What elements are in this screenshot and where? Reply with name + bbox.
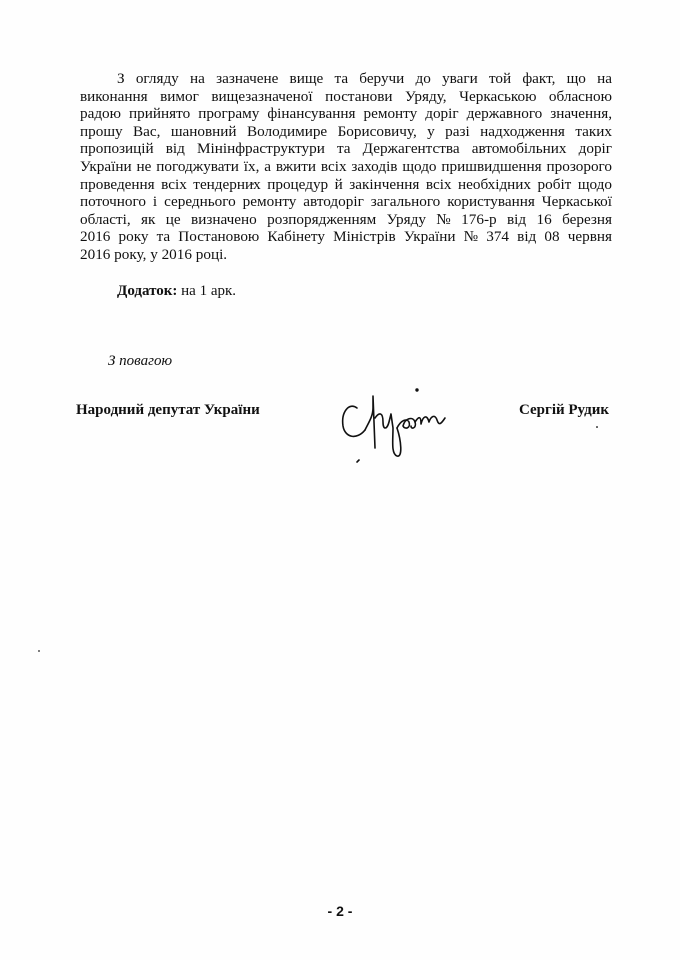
scan-speck bbox=[252, 183, 254, 185]
attachment-note: Додаток: на 1 арк. bbox=[117, 283, 236, 300]
body-line: 2016 року та Постановою Кабінету Міністр… bbox=[80, 228, 612, 246]
signatory-name: Сергій Рудик bbox=[519, 402, 609, 419]
attachment-value: на 1 арк. bbox=[181, 283, 236, 299]
scan-speck bbox=[38, 650, 40, 652]
body-line: пропозицій від Мінінфраструктури та Держ… bbox=[80, 140, 612, 158]
body-line: виконання вимог вищезазначеної постанови… bbox=[80, 88, 612, 106]
attachment-label: Додаток: bbox=[117, 283, 177, 299]
document-page: З огляду на зазначене вище та беручи до … bbox=[0, 0, 680, 960]
body-line: України не погоджувати їх, а вжити всіх … bbox=[80, 158, 612, 176]
letter-body: З огляду на зазначене вище та беручи до … bbox=[80, 70, 612, 264]
body-line: прошу Вас, шановний Володимире Борисович… bbox=[80, 123, 612, 141]
closing-phrase: З повагою bbox=[108, 353, 172, 370]
signatory-position: Народний депутат України bbox=[76, 402, 260, 419]
body-line: проведення всіх тендерних процедур й зак… bbox=[80, 176, 612, 194]
body-line: поточного і середнього ремонту автодоріг… bbox=[80, 193, 612, 211]
scan-speck bbox=[596, 426, 598, 428]
signature-image bbox=[335, 378, 475, 468]
body-line: радою прийнято програму фінансування рем… bbox=[80, 105, 612, 123]
body-line: 2016 року, у 2016 році. bbox=[80, 246, 612, 264]
body-line: області, як це визначено розпорядженням … bbox=[80, 211, 612, 229]
body-line: З огляду на зазначене вище та беручи до … bbox=[80, 70, 612, 88]
page-number: - 2 - bbox=[0, 903, 680, 919]
